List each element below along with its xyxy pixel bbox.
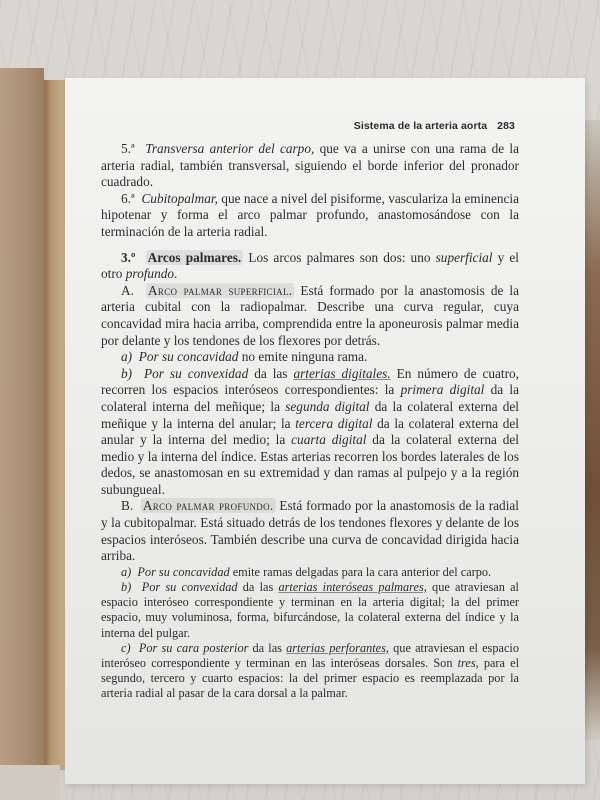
item-a-concavidad-profundo: a) Por su concavidad emite ramas delgada… xyxy=(101,565,519,580)
section-number: 3.º xyxy=(121,250,135,265)
subsection-heading: Arco palmar superficial. xyxy=(146,283,294,298)
item-b-convexidad: b) Por su convexidad da las arterias dig… xyxy=(101,366,519,499)
term: arterias digitales. xyxy=(293,366,390,381)
text: da las xyxy=(238,580,279,594)
item-letter: b) xyxy=(121,580,131,594)
book-cover-left xyxy=(0,68,44,800)
term: arterias interóseas palmares, xyxy=(278,580,426,594)
text: no emite ninguna rama. xyxy=(238,349,367,364)
item-term: Transversa anterior del carpo, xyxy=(145,141,314,156)
subsection-letter: B. xyxy=(121,498,133,513)
text: . xyxy=(174,266,177,281)
item-term: Por su convexidad xyxy=(144,366,248,381)
term: profundo xyxy=(126,266,174,281)
item-c-cara-posterior: c) Por su cara posterior da las arterias… xyxy=(101,641,519,702)
book-page: Sistema de la arteria aorta283 5.ª Trans… xyxy=(65,78,585,784)
book-spine-edge xyxy=(44,80,66,770)
subsection-b-arco-profundo: B. Arco palmar profundo. Está formado po… xyxy=(101,498,519,564)
item-b-convexidad-profundo: b) Por su convexidad da las arterias int… xyxy=(101,580,519,641)
text: Los arcos palmares son dos: uno xyxy=(243,250,435,265)
text: emite ramas delgadas para la cara anteri… xyxy=(230,565,492,579)
item-term: Por su convexidad xyxy=(142,580,238,594)
item-term: Cubitopalmar, xyxy=(141,191,217,206)
term: arterias perforantes, xyxy=(286,641,389,655)
term: cuarta digital xyxy=(291,432,366,447)
item-term: Por su cara posterior xyxy=(139,641,248,655)
subsection-heading: Arco palmar profundo. xyxy=(141,498,276,513)
term: tres, xyxy=(458,656,479,670)
text: da las xyxy=(248,366,293,381)
paragraph-6: 6.ª Cubitopalmar, que nace a nivel del p… xyxy=(101,191,519,241)
item-a-concavidad: a) Por su concavidad no emite ninguna ra… xyxy=(101,349,519,366)
item-letter: a) xyxy=(121,565,131,579)
subsection-letter: A. xyxy=(121,283,134,298)
section-3-arcos-palmares: 3.º Arcos palmares. Los arcos palmares s… xyxy=(101,250,519,283)
item-letter: c) xyxy=(121,641,131,655)
term: primera digital xyxy=(401,382,485,397)
item-number: 5.ª xyxy=(121,141,135,156)
paragraph-5: 5.ª Transversa anterior del carpo, que v… xyxy=(101,141,519,191)
item-term: Por su concavidad xyxy=(137,565,229,579)
item-letter: a) xyxy=(121,349,132,364)
section-heading: Arcos palmares. xyxy=(146,250,244,265)
subsection-a-arco-superficial: A. Arco palmar superficial. Está formado… xyxy=(101,283,519,349)
running-head: Sistema de la arteria aorta283 xyxy=(354,120,515,132)
item-number: 6.ª xyxy=(121,191,135,206)
item-letter: b) xyxy=(121,366,132,381)
item-term: Por su concavidad xyxy=(139,349,239,364)
running-head-title: Sistema de la arteria aorta xyxy=(354,120,487,132)
term: tercera digital xyxy=(295,416,372,431)
term: superficial xyxy=(436,250,493,265)
page-number: 283 xyxy=(497,120,515,132)
text: da las xyxy=(248,641,286,655)
body-text: 5.ª Transversa anterior del carpo, que v… xyxy=(101,141,519,702)
surface-corner xyxy=(0,765,60,800)
term: segunda digital xyxy=(285,399,369,414)
